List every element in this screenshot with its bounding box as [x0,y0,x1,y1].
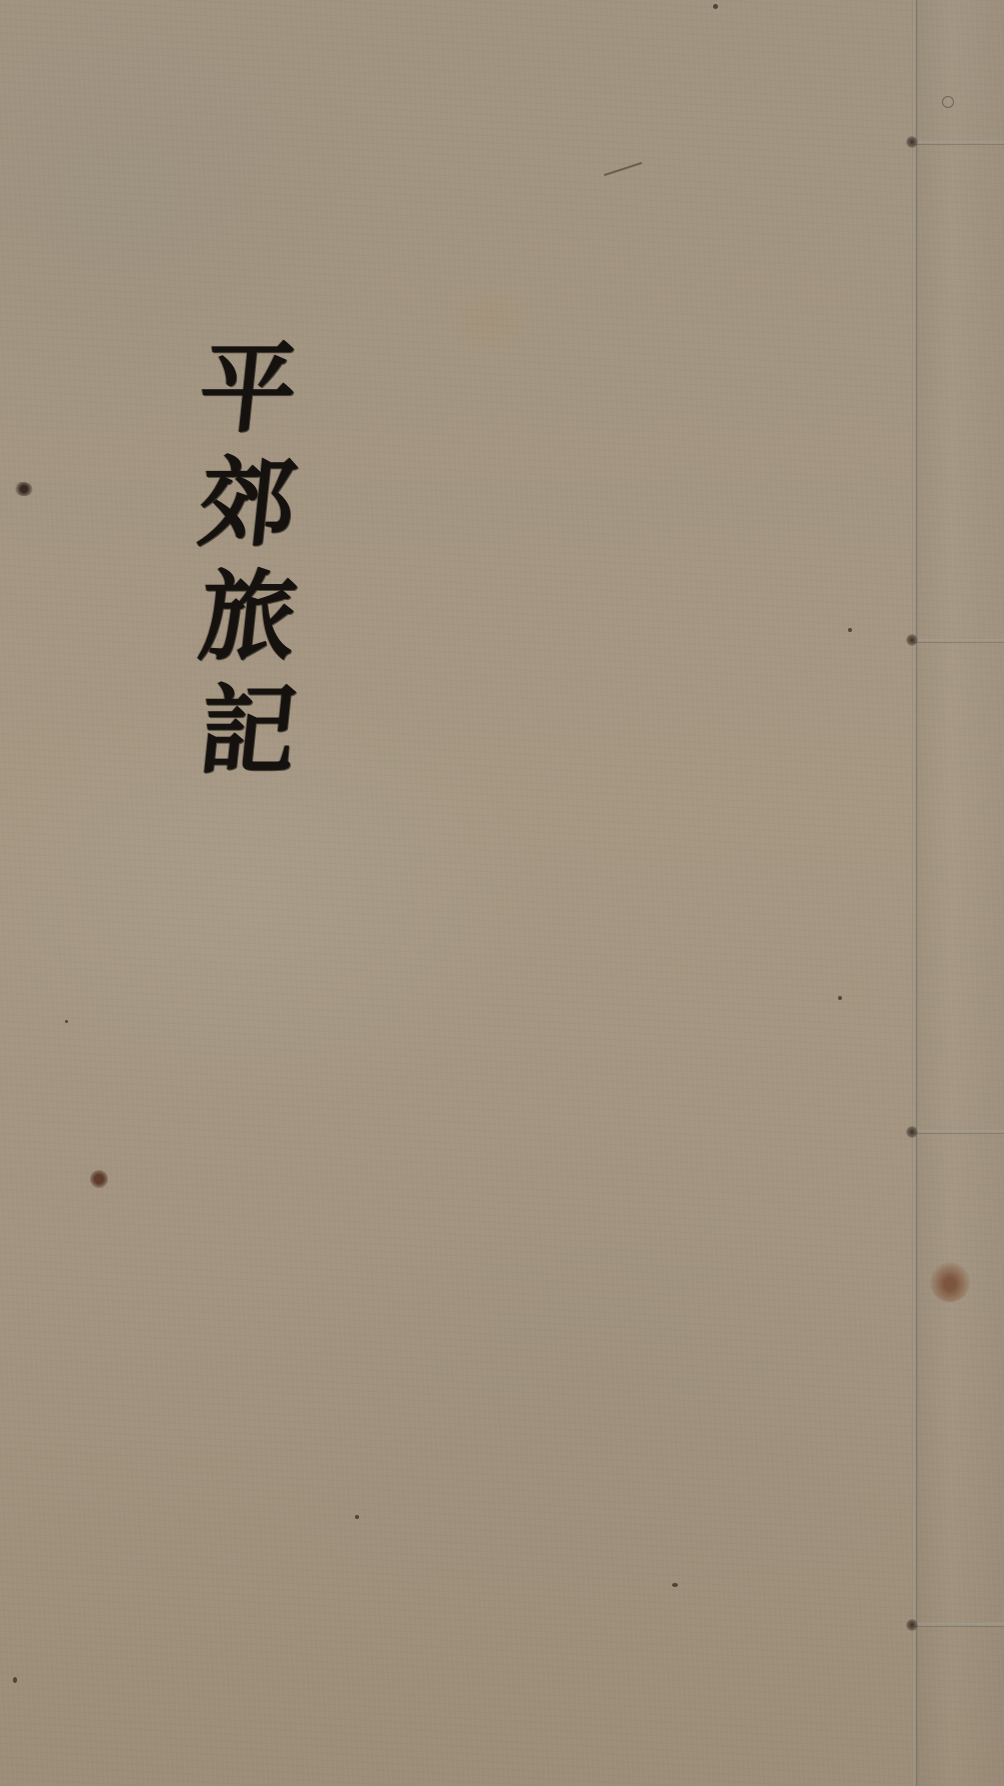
ink-spot [15,482,33,496]
speck [713,4,718,9]
binding-stain [930,1262,970,1302]
speck [672,1583,678,1587]
paper-texture [0,0,1004,1786]
stitch-hole-icon [906,634,918,646]
speck [838,996,842,1000]
speck [13,1677,17,1683]
binding-mark [942,96,954,108]
speck [355,1515,359,1519]
binding-stitch [914,1129,1004,1134]
binding-stitch [914,638,1004,643]
title-char-4: 記 [194,673,302,789]
title-char-3: 旅 [194,559,302,675]
cover-title: 平 郊 旅 記 [178,332,318,788]
stain-spot [90,1170,108,1188]
binding-thread-vertical [912,0,918,1786]
binding-stitch [914,1622,1004,1627]
stitch-hole-icon [906,1126,918,1138]
stitch-hole-icon [906,136,918,148]
title-char-1: 平 [194,331,302,447]
scratch-mark [604,162,643,176]
speck [848,628,852,632]
binding-stitch [914,140,1004,145]
speck [65,1020,68,1023]
binding-strip [916,0,1004,1786]
book-cover: 平 郊 旅 記 [0,0,1004,1786]
title-char-2: 郊 [194,445,302,561]
stitch-hole-icon [906,1619,918,1631]
